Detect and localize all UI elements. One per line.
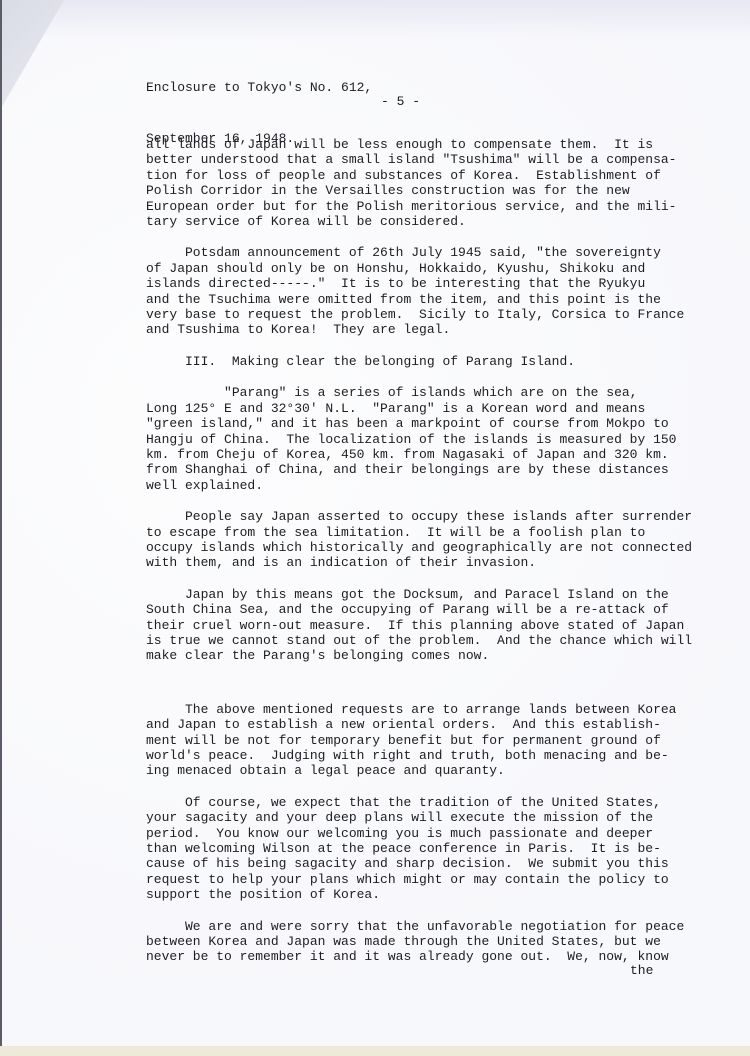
scan-top-shadow xyxy=(0,0,750,40)
text-line: Of course, we expect that the tradition … xyxy=(146,795,686,810)
text-line: tion for loss of people and substances o… xyxy=(146,168,686,183)
text-line: South China Sea, and the occupying of Pa… xyxy=(146,602,686,617)
text-line: We are and were sorry that the unfavorab… xyxy=(146,919,686,934)
text-line: make clear the Parang's belonging comes … xyxy=(146,648,686,663)
section-heading: III. Making clear the belonging of Paran… xyxy=(146,354,686,369)
text-line: islands directed-----." It is to be inte… xyxy=(146,276,686,291)
text-line: The above mentioned requests are to arra… xyxy=(146,702,686,717)
scan-left-edge xyxy=(0,0,2,1056)
paragraph: People say Japan asserted to occupy thes… xyxy=(146,509,686,571)
text-line: and the Tsuchima were omitted from the i… xyxy=(146,292,686,307)
text-line: Japan by this means got the Docksum, and… xyxy=(146,587,686,602)
text-line: better understood that a small island "T… xyxy=(146,152,686,167)
enclosure-line: Enclosure to Tokyo's No. 612, xyxy=(146,79,372,96)
paragraph: "Parang" is a series of islands which ar… xyxy=(146,385,686,493)
text-line: than welcoming Wilson at the peace confe… xyxy=(146,841,686,856)
paragraph: Japan by this means got the Docksum, and… xyxy=(146,587,686,664)
paragraph: all lands of Japan will be less enough t… xyxy=(146,137,686,229)
text-line: ment will be not for temporary benefit b… xyxy=(146,733,686,748)
document-body: all lands of Japan will be less enough t… xyxy=(146,137,686,981)
text-line: People say Japan asserted to occupy thes… xyxy=(146,509,686,524)
text-line: and Japan to establish a new oriental or… xyxy=(146,717,686,732)
text-line: cause of his being sagacity and sharp de… xyxy=(146,856,686,871)
text-line: km. from Cheju of Korea, 450 km. from Na… xyxy=(146,447,686,462)
text-line: their cruel worn-out measure. If this pl… xyxy=(146,618,686,633)
text-line: from Shanghai of China, and their belong… xyxy=(146,462,686,477)
text-line: well explained. xyxy=(146,478,686,493)
paragraph: The above mentioned requests are to arra… xyxy=(146,702,686,779)
text-line: "Parang" is a series of islands which ar… xyxy=(146,385,686,400)
text-line: occupy islands which historically and ge… xyxy=(146,540,686,555)
paragraph: Of course, we expect that the tradition … xyxy=(146,795,686,903)
text-line: your sagacity and your deep plans will e… xyxy=(146,810,686,825)
text-line: of Japan should only be on Honshu, Hokka… xyxy=(146,261,686,276)
text-line: never be to remember it and it was alrea… xyxy=(146,949,686,964)
text-line: with them, and is an indication of their… xyxy=(146,555,686,570)
text-line: all lands of Japan will be less enough t… xyxy=(146,137,686,152)
text-line: request to help your plans which might o… xyxy=(146,872,686,887)
text-line: between Korea and Japan was made through… xyxy=(146,934,686,949)
text-line: period. You know our welcoming you is mu… xyxy=(146,826,686,841)
text-line: very base to request the problem. Sicily… xyxy=(146,307,686,322)
text-line: "green island," and it has been a markpo… xyxy=(146,416,686,431)
text-line: European order but for the Polish merito… xyxy=(146,199,686,214)
scan-bottom-edge xyxy=(0,1046,750,1056)
text-line: to escape from the sea limitation. It wi… xyxy=(146,525,686,540)
paragraph: We are and were sorry that the unfavorab… xyxy=(146,919,686,965)
catchword: the xyxy=(630,963,653,978)
text-line: support the position of Korea. xyxy=(146,887,686,902)
text-line: Hangju of China. The localization of the… xyxy=(146,432,686,447)
document-page: Enclosure to Tokyo's No. 612, September … xyxy=(0,0,750,1056)
text-line: and Tsushima to Korea! They are legal. xyxy=(146,322,686,337)
page-number: - 5 - xyxy=(381,94,420,109)
text-line: Long 125° E and 32°30' N.L. "Parang" is … xyxy=(146,401,686,416)
section-gap xyxy=(146,680,686,702)
text-line: world's peace. Judging with right and tr… xyxy=(146,748,686,763)
text-line: is true we cannot stand out of the probl… xyxy=(146,633,686,648)
text-line: Polish Corridor in the Versailles constr… xyxy=(146,183,686,198)
text-line: Potsdam announcement of 26th July 1945 s… xyxy=(146,245,686,260)
text-line: tary service of Korea will be considered… xyxy=(146,214,686,229)
text-line: ing menaced obtain a legal peace and qua… xyxy=(146,763,686,778)
paragraph: Potsdam announcement of 26th July 1945 s… xyxy=(146,245,686,337)
